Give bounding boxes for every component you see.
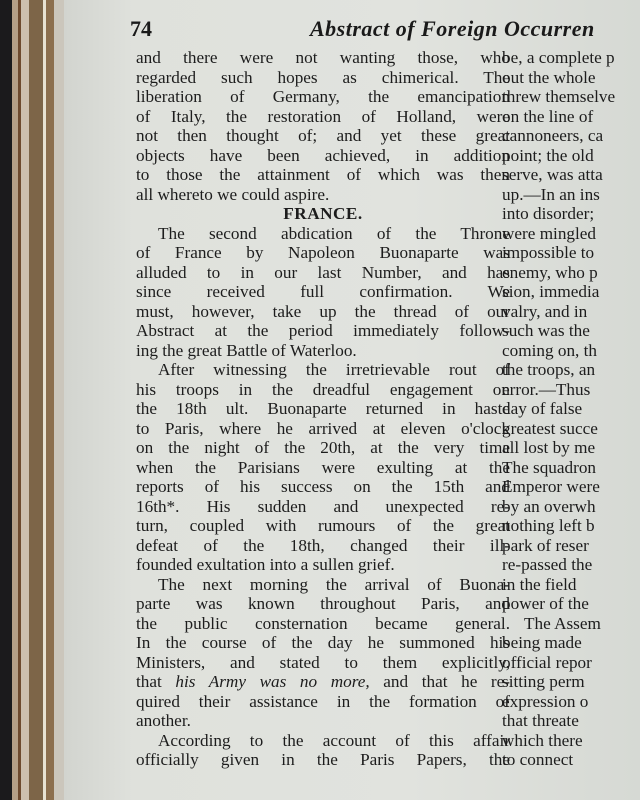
text-line: on the night of the 20th, at the very ti… [136,438,510,458]
text-line: After witnessing the irretrievable rout … [136,360,510,380]
right-column: be, a complete p out the whole threw the… [502,48,640,770]
text-line: 16th*. His sudden and unexpected re- [136,497,510,517]
text-line: founded exultation into a sullen grief. [136,555,510,575]
binding-band [21,0,29,800]
page-edge [54,0,64,800]
text-line: not then thought of; and yet these great [136,126,510,146]
text-line: The Assem [502,614,640,634]
text-line: nothing left b [502,516,640,536]
text-line: when the Parisians were exulting at the [136,458,510,478]
text-line: the public consternation became general. [136,614,510,634]
text-line: threw themselve [502,87,640,107]
text-fragment: and that he re- [370,672,510,691]
text-line: Emperor were [502,477,640,497]
text-line: parte was known throughout Paris, and [136,594,510,614]
text-line: greatest succe [502,419,640,439]
text-line: into disorder; [502,204,640,224]
book-spine-binding [0,0,64,800]
text-line: to those the attainment of which was the… [136,165,510,185]
page-header: 74 Abstract of Foreign Occurren [130,14,640,44]
text-fragment: that [136,672,175,691]
text-line: valry, and in [502,302,640,322]
text-line: regarded such hopes as chimerical. The [136,68,510,88]
text-line: objects have been achieved, in addition [136,146,510,166]
text-line: ing the great Battle of Waterloo. [136,341,510,361]
section-heading-france: FRANCE. [136,204,510,224]
text-line: expression o [502,692,640,712]
text-line: the troops, an [502,360,640,380]
binding-band [29,0,43,800]
text-line: to connect [502,750,640,770]
text-line: point; the old [502,146,640,166]
text-line: error.—Thus [502,380,640,400]
text-line: out the whole [502,68,640,88]
text-line: be, a complete p [502,48,640,68]
text-line: quired their assistance in the formation… [136,692,510,712]
text-line: sitting perm [502,672,640,692]
text-line: officially given in the Paris Papers, th… [136,750,510,770]
printed-page: 74 Abstract of Foreign Occurren and ther… [64,0,640,800]
text-line: must, however, take up the thread of our [136,302,510,322]
text-line: another. [136,711,510,731]
text-line: his troops in the dreadful engagement on [136,380,510,400]
text-line: sion, immedia [502,282,640,302]
text-line: day of false [502,399,640,419]
text-line: coming on, th [502,341,640,361]
text-line: being made [502,633,640,653]
italic-phrase: his Army was no more, [175,672,369,691]
text-line: cannoneers, ca [502,126,640,146]
text-line: official repor [502,653,640,673]
text-line: liberation of Germany, the emancipation [136,87,510,107]
text-line: In the course of the day he summoned his [136,633,510,653]
binding-shadow [0,0,12,800]
running-head: Abstract of Foreign Occurren [310,16,595,42]
text-line: The squadron [502,458,640,478]
text-line: enemy, who p [502,263,640,283]
text-line: and there were not wanting those, who [136,48,510,68]
text-line: alluded to in our last Number, and has [136,263,510,283]
text-line: that threate [502,711,640,731]
text-line: the 18th ult. Buonaparte returned in has… [136,399,510,419]
text-line: of France by Napoleon Buonaparte was [136,243,510,263]
text-line: turn, coupled with rumours of the great [136,516,510,536]
text-line: were mingled [502,224,640,244]
text-line: reports of his success on the 15th and [136,477,510,497]
left-column: and there were not wanting those, who re… [136,48,510,770]
text-line: all whereto we could aspire. [136,185,510,205]
text-line: The second abdication of the Throne [136,224,510,244]
text-line: to Paris, where he arrived at eleven o'c… [136,419,510,439]
text-line-with-italic: that his Army was no more, and that he r… [136,672,510,692]
text-line: power of the [502,594,640,614]
text-line: such was the [502,321,640,341]
text-line: impossible to [502,243,640,263]
text-line: up.—In an ins [502,185,640,205]
text-line: Ministers, and stated to them explicitly… [136,653,510,673]
page-number: 74 [130,16,152,42]
text-line: According to the account of this affair [136,731,510,751]
text-line: on the line of [502,107,640,127]
text-line: re-passed the [502,555,640,575]
text-line: by an overwh [502,497,640,517]
binding-band [46,0,54,800]
text-line: The next morning the arrival of Buona- [136,575,510,595]
text-line: which there [502,731,640,751]
text-line: defeat of the 18th, changed their ill- [136,536,510,556]
text-line: serve, was atta [502,165,640,185]
text-line: Abstract at the period immediately follo… [136,321,510,341]
text-line: in the field [502,575,640,595]
text-line: all lost by me [502,438,640,458]
text-line: park of reser [502,536,640,556]
text-line: since received full confirmation. We [136,282,510,302]
text-line: of Italy, the restoration of Holland, we… [136,107,510,127]
